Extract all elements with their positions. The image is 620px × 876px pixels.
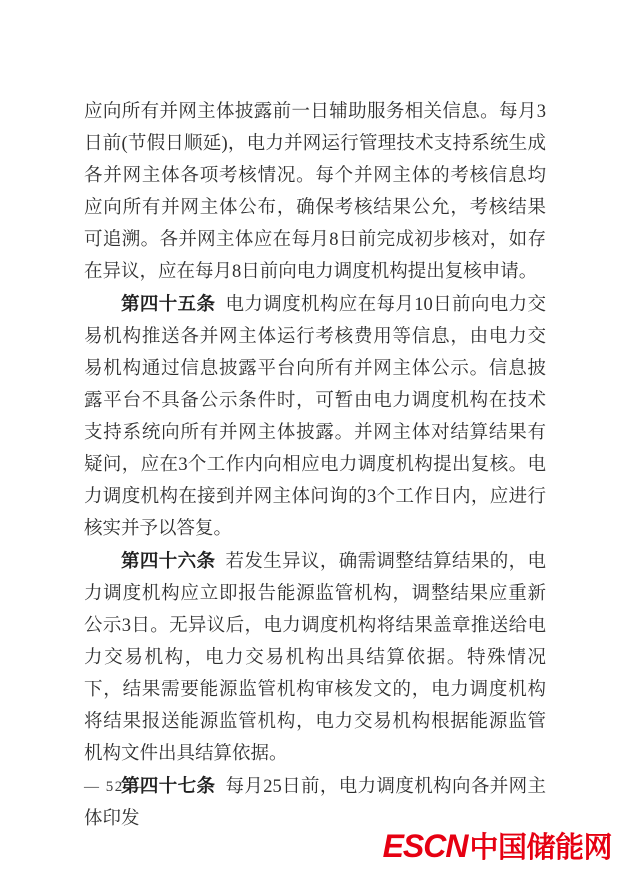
paragraph: 第四十五条电力调度机构应在每月10日前向电力交易机构推送各并网主体运行考核费用等… <box>84 288 546 545</box>
paragraph-text: 电力调度机构应在每月10日前向电力交易机构推送各并网主体运行考核费用等信息，由电… <box>84 295 546 539</box>
escn-logo-chinese: 中国储能网 <box>469 831 612 865</box>
escn-logo: ESCN中国储能网 <box>383 829 612 870</box>
page-number: — 52 — <box>84 779 146 796</box>
paragraph: 第四十六条若发生异议，确需调整结算结果的，电力调度机构应立即报告能源监管机构，调… <box>84 545 546 770</box>
paragraph: 应向所有并网主体披露前一日辅助服务相关信息。每月3日前(节假日顺延)，电力并网运… <box>84 96 546 288</box>
paragraph-text: 若发生异议，确需调整结算结果的，电力调度机构应立即报告能源监管机构，调整结果应重… <box>84 552 546 764</box>
article-number-label: 第四十六条 <box>121 550 215 571</box>
document-body: 应向所有并网主体披露前一日辅助服务相关信息。每月3日前(节假日顺延)，电力并网运… <box>84 96 546 835</box>
paragraph: 第四十七条每月25日前，电力调度机构向各并网主体印发 <box>84 770 546 835</box>
document-page: 应向所有并网主体披露前一日辅助服务相关信息。每月3日前(节假日顺延)，电力并网运… <box>0 0 620 876</box>
escn-logo-latin: ESCN <box>383 829 468 863</box>
paragraph-text: 应向所有并网主体披露前一日辅助服务相关信息。每月3日前(节假日顺延)，电力并网运… <box>84 102 546 282</box>
article-number-label: 第四十五条 <box>121 293 215 314</box>
